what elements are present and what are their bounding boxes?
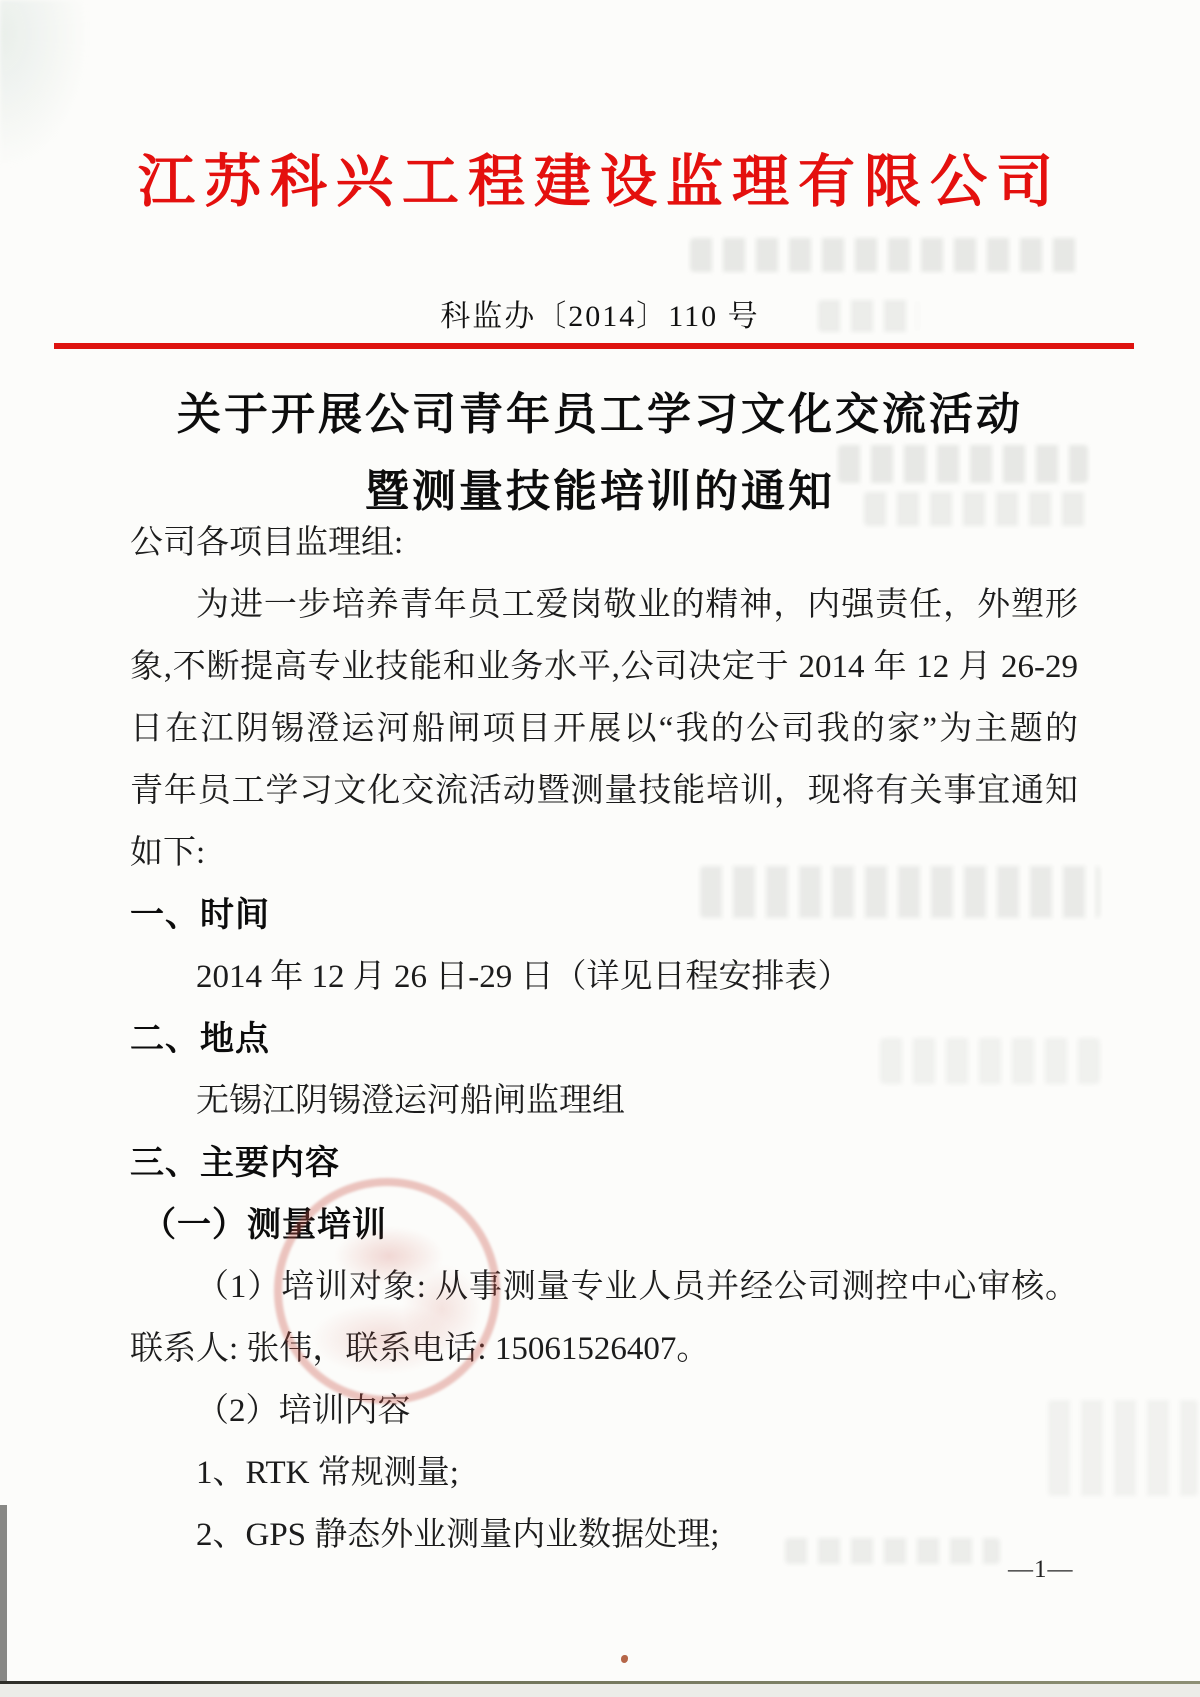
scanned-document-page: 江苏科兴工程建设监理有限公司 科监办〔2014〕110 号 关于开展公司青年员工… bbox=[0, 0, 1200, 1697]
bleedthrough-smudge bbox=[864, 492, 1086, 526]
red-seal-stamp bbox=[274, 1178, 500, 1404]
contact-line: 联系人: 张伟，联系电话: 15061526407。 bbox=[130, 1318, 1078, 1380]
letterhead-divider-rule bbox=[54, 343, 1134, 349]
bleedthrough-smudge bbox=[700, 866, 1100, 918]
bleedthrough-smudge bbox=[818, 300, 918, 332]
training-target-line: （1）培训对象: 从事测量专业人员并经公司测控中心审核。 bbox=[130, 1256, 1078, 1318]
paragraph-line: 象,不断提高专业技能和业务水平,公司决定于 2014 年 12 月 26-29 bbox=[130, 636, 1078, 698]
bleedthrough-smudge bbox=[690, 238, 1080, 272]
paragraph-line: 日在江阴锡澄运河船闸项目开展以“我的公司我的家”为主题的 bbox=[130, 698, 1078, 760]
paragraph-line: 为进一步培养青年员工爱岗敬业的精神，内强责任，外塑形 bbox=[130, 574, 1078, 636]
bleedthrough-smudge bbox=[785, 1538, 1000, 1564]
document-title-line1: 关于开展公司青年员工学习文化交流活动 bbox=[0, 378, 1200, 442]
scan-edge-left bbox=[0, 1505, 7, 1690]
ink-speck bbox=[621, 1655, 628, 1663]
document-number: 科监办〔2014〕110 号 bbox=[0, 291, 1200, 335]
bleedthrough-smudge bbox=[838, 445, 1088, 483]
bleedthrough-smudge bbox=[880, 1038, 1100, 1084]
seal-ink-blob bbox=[402, 1264, 482, 1354]
time-value-line: 2014 年 12 月 26 日-29 日（详见日程安排表） bbox=[130, 946, 1078, 1008]
training-content-label-line: （2）培训内容 bbox=[130, 1380, 1078, 1442]
section-heading-content: 三、主要内容 bbox=[130, 1132, 1078, 1194]
paragraph-line: 青年员工学习文化交流活动暨测量技能培训，现将有关事宜通知 bbox=[130, 760, 1078, 822]
training-item-line: 1、RTK 常规测量; bbox=[130, 1442, 1078, 1504]
company-letterhead: 江苏科兴工程建设监理有限公司 bbox=[0, 136, 1200, 218]
scan-edge-bottom-strip bbox=[0, 1684, 1200, 1697]
page-number: —1— bbox=[1008, 1556, 1074, 1584]
bleedthrough-smudge bbox=[1048, 1400, 1198, 1496]
subsection-heading-survey-training: （一）测量培训 bbox=[130, 1194, 1078, 1256]
